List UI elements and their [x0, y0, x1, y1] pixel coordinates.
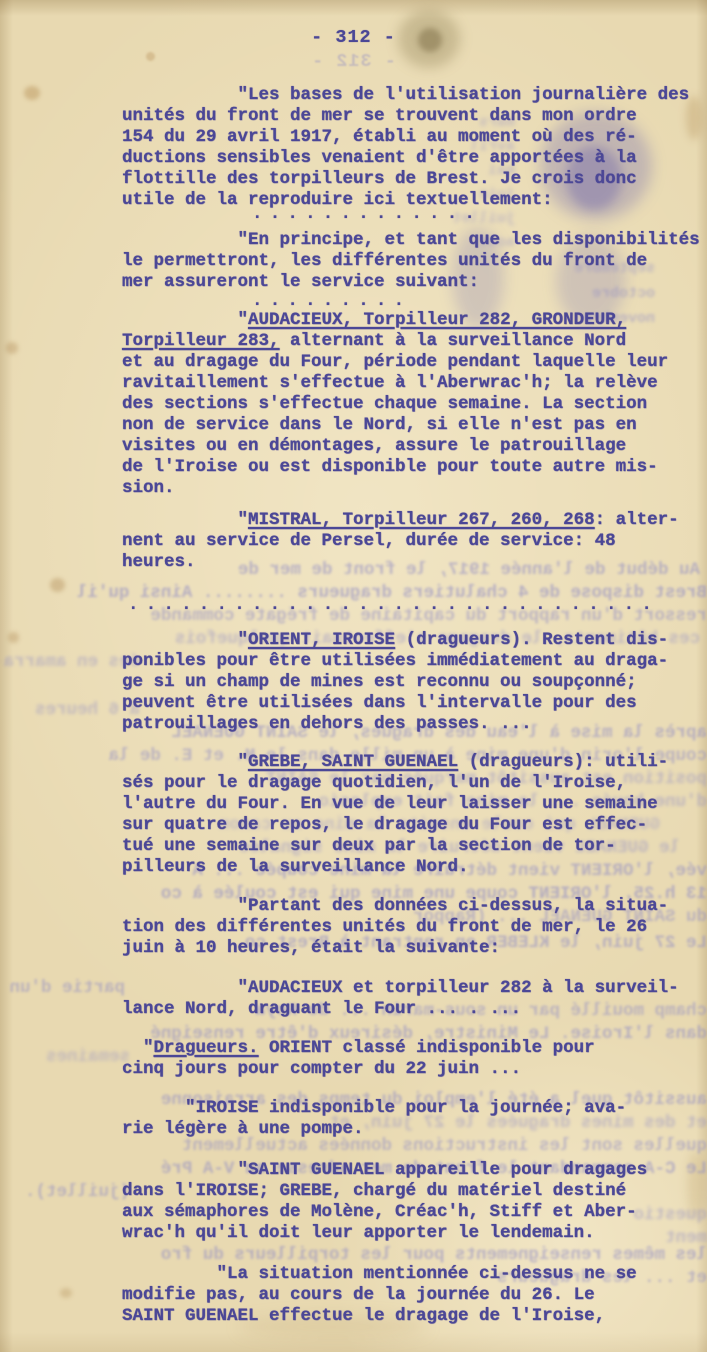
text-segment: "	[122, 310, 248, 330]
typewritten-line: dans l'IROISE; GREBE, chargé du matériel…	[122, 1181, 697, 1202]
typewritten-line: sion.	[122, 478, 697, 499]
text-segment: modifie pas, au cours de la journée du 2…	[122, 1285, 595, 1305]
text-segment: alternant à la surveillance Nord	[280, 331, 627, 351]
typewritten-line: tion des différentes unités du front de …	[122, 917, 697, 938]
text-segment: de l'Iroise ou est disponible pour toute…	[122, 457, 658, 477]
text-segment: des sections s'effectue chaque semaine. …	[122, 394, 647, 414]
text-segment: ponibles pour être utilisées immédiateme…	[122, 651, 668, 671]
typewritten-line: l'autre du Four. En vue de leur laisser …	[122, 794, 697, 815]
typewritten-line: lance Nord, draguant le Four ... . ...	[122, 999, 697, 1020]
paragraph: "AUDACIEUX, Torpilleur 282, GRONDEUR,Tor…	[122, 310, 697, 499]
typewritten-line: nent au service de Persel, durée de serv…	[122, 531, 697, 552]
text-segment: (dragueurs): utili-	[458, 752, 668, 772]
text-segment: et au dragage du Four, période pendant l…	[122, 352, 668, 372]
text-segment: peuvent être utilisées dans l'intervalle…	[122, 693, 637, 713]
typewritten-line: modifie pas, au cours de la journée du 2…	[122, 1285, 697, 1306]
typewritten-line: des sections s'effectue chaque semaine. …	[122, 394, 697, 415]
text-segment: "La situation mentionnée ci-dessus ne se	[122, 1264, 637, 1284]
typewritten-line: aux sémaphores de Molène, Créac'h, Stiff…	[122, 1202, 697, 1223]
typewritten-line: ponibles pour être utilisées immédiateme…	[122, 651, 697, 672]
typewritten-line: visites ou en démontages, assure le patr…	[122, 436, 697, 457]
typewritten-line: unités du front de mer se trouvent dans …	[122, 106, 697, 127]
typewritten-line: flottille des torpilleurs de Brest. Je c…	[122, 169, 697, 190]
text-segment: ductions sensibles venaient d'être appor…	[122, 148, 637, 168]
text-segment: lance Nord, draguant le Four ... . ...	[122, 999, 521, 1019]
typewritten-line: "AUDACIEUX et torpilleur 282 à la survei…	[122, 978, 697, 999]
typewritten-line: non de service dans le Nord, si elle n'e…	[122, 415, 697, 436]
paragraph: "MISTRAL, Torpilleur 267, 260, 268: alte…	[122, 510, 697, 573]
text-segment: ravitaillement s'effectue à l'Aberwrac'h…	[122, 373, 658, 393]
text-segment: heures.	[122, 552, 196, 572]
text-segment: pilleurs de la surveillance Nord.	[122, 857, 469, 877]
typewritten-line: patrouillages en dehors des passes. ...	[122, 714, 697, 735]
text-segment: flottille des torpilleurs de Brest. Je c…	[122, 169, 637, 189]
typewritten-line: ge si un champ de mines est reconnu ou s…	[122, 672, 697, 693]
typewritten-text-layer: - 312 - - 312 - "Les bases de l'utilisat…	[0, 0, 707, 1352]
typewritten-line: "En principe, et tant que les disponibil…	[122, 230, 697, 251]
paragraph: "AUDACIEUX et torpilleur 282 à la survei…	[122, 978, 697, 1020]
typewritten-line: sés pour le dragage quotidien, l'un de l…	[122, 773, 697, 794]
text-segment: 154 du 29 avril 1917, établi au moment o…	[122, 127, 637, 147]
text-segment: SAINT GUENAEL effectue le dragage de l'I…	[122, 1306, 605, 1326]
typewritten-line: "MISTRAL, Torpilleur 267, 260, 268: alte…	[122, 510, 697, 531]
text-segment: "IROISE indisponible pour la journée; av…	[122, 1098, 626, 1118]
text-segment: wrac'h qu'il doit leur apporter le lende…	[122, 1223, 595, 1243]
text-segment: "En principe, et tant que les disponibil…	[122, 230, 700, 250]
text-segment: visites ou en démontages, assure le patr…	[122, 436, 626, 456]
text-segment: tué une semaine sur deux par la section …	[122, 836, 616, 856]
paragraph: "IROISE indisponible pour la journée; av…	[122, 1098, 697, 1140]
typewritten-line: "La situation mentionnée ci-dessus ne se	[122, 1264, 697, 1285]
typewritten-line: mer assureront le service suivant:	[122, 272, 697, 293]
text-segment: "Les bases de l'utilisation journalière …	[122, 85, 689, 105]
text-segment: nent au service de Persel, durée de serv…	[122, 531, 616, 551]
underlined-ship-names: MISTRAL, Torpilleur 267, 260, 268	[248, 510, 595, 530]
text-segment: juin à 10 heures, était la suivante:	[122, 938, 500, 958]
paragraph: "Dragueurs. ORIENT classé indisponible p…	[122, 1038, 697, 1080]
typewritten-line: "IROISE indisponible pour la journée; av…	[122, 1098, 697, 1119]
page-number: - 312 -	[0, 27, 707, 49]
typewritten-line: Torpilleur 283, alternant à la surveilla…	[122, 331, 697, 352]
typewritten-line: "ORIENT, IROISE (dragueurs). Restent dis…	[122, 630, 697, 651]
paragraph: "SAINT GUENAEL appareille pour dragagesd…	[122, 1160, 697, 1244]
paragraph: "Partant des données ci-dessus, la situa…	[122, 896, 697, 959]
text-segment: cinq jours pour compter du 22 juin ...	[122, 1059, 521, 1079]
underlined-ship-names: ORIENT, IROISE	[248, 630, 395, 650]
paragraph: "Les bases de l'utilisation journalière …	[122, 85, 697, 211]
text-segment: l'autre du Four. En vue de leur laisser …	[122, 794, 658, 814]
typewritten-line: le permettront, les différentes unités d…	[122, 251, 697, 272]
text-segment: non de service dans le Nord, si elle n'e…	[122, 415, 637, 435]
text-segment: "	[122, 630, 248, 650]
underlined-ship-names: Dragueurs.	[154, 1038, 259, 1058]
text-segment: ORIENT classé indisponible pour	[259, 1038, 595, 1058]
text-segment: le permettront, les différentes unités d…	[122, 251, 647, 271]
text-segment: aux sémaphores de Molène, Créac'h, Stiff…	[122, 1202, 637, 1222]
typewritten-line: cinq jours pour compter du 22 juin ...	[122, 1059, 697, 1080]
typewritten-line: wrac'h qu'il doit leur apporter le lende…	[122, 1223, 697, 1244]
text-segment: "AUDACIEUX et torpilleur 282 à la survei…	[122, 978, 679, 998]
underlined-ship-names: Torpilleur 283,	[122, 331, 280, 351]
typewritten-line: juin à 10 heures, était la suivante:	[122, 938, 697, 959]
typewritten-line: pilleurs de la surveillance Nord.	[122, 857, 697, 878]
typewritten-line: "GREBE, SAINT GUENAEL (dragueurs): utili…	[122, 752, 697, 773]
text-segment: dans l'IROISE; GREBE, chargé du matériel…	[122, 1181, 626, 1201]
typewritten-line: "SAINT GUENAEL appareille pour dragages	[122, 1160, 697, 1181]
typewritten-line: peuvent être utilisées dans l'intervalle…	[122, 693, 697, 714]
text-segment: sion.	[122, 478, 175, 498]
text-segment: ge si un champ de mines est reconnu ou s…	[122, 672, 637, 692]
text-segment: tion des différentes unités du front de …	[122, 917, 647, 937]
typewritten-line: et au dragage du Four, période pendant l…	[122, 352, 697, 373]
typewritten-line: "AUDACIEUX, Torpilleur 282, GRONDEUR,	[122, 310, 697, 331]
dotted-separator: ..............................	[128, 597, 659, 614]
dotted-separator: .........	[252, 293, 411, 310]
text-segment: patrouillages en dehors des passes. ...	[122, 714, 532, 734]
typewritten-line: "Dragueurs. ORIENT classé indisponible p…	[122, 1038, 697, 1059]
scanned-document-page: marsavrilmaijuinjuilletaoûtseptembreocto…	[0, 0, 707, 1352]
text-segment: "SAINT GUENAEL appareille pour dragages	[122, 1160, 647, 1180]
text-segment: unités du front de mer se trouvent dans …	[122, 106, 637, 126]
text-segment: mer assureront le service suivant:	[122, 272, 479, 292]
typewritten-line: "Partant des données ci-dessus, la situa…	[122, 896, 697, 917]
typewritten-line: de l'Iroise ou est disponible pour toute…	[122, 457, 697, 478]
typewritten-line: sur quatre de repos, le dragage du Four …	[122, 815, 697, 836]
underlined-ship-names: AUDACIEUX, Torpilleur 282, GRONDEUR,	[248, 310, 626, 330]
typewritten-line: 154 du 29 avril 1917, établi au moment o…	[122, 127, 697, 148]
paragraph: "ORIENT, IROISE (dragueurs). Restent dis…	[122, 630, 697, 735]
text-segment: sés pour le dragage quotidien, l'un de l…	[122, 773, 626, 793]
typewritten-line: "Les bases de l'utilisation journalière …	[122, 85, 697, 106]
typewritten-line: ductions sensibles venaient d'être appor…	[122, 148, 697, 169]
text-segment: "	[122, 752, 248, 772]
paragraph: "La situation mentionnée ci-dessus ne se…	[122, 1264, 697, 1327]
text-segment: rie légère à une pompe.	[122, 1119, 364, 1139]
text-segment: sur quatre de repos, le dragage du Four …	[122, 815, 647, 835]
underlined-ship-names: GREBE, SAINT GUENAEL	[248, 752, 458, 772]
text-segment: "Partant des données ci-dessus, la situa…	[122, 896, 668, 916]
typewritten-line: tué une semaine sur deux par la section …	[122, 836, 697, 857]
paragraph: "En principe, et tant que les disponibil…	[122, 230, 697, 293]
text-segment: (dragueurs). Restent dis-	[395, 630, 668, 650]
paragraph: "GREBE, SAINT GUENAEL (dragueurs): utili…	[122, 752, 697, 878]
text-segment: "	[122, 1038, 154, 1058]
text-segment: : alter-	[595, 510, 679, 530]
typewritten-line: ravitaillement s'effectue à l'Aberwrac'h…	[122, 373, 697, 394]
text-segment: "	[122, 510, 248, 530]
typewritten-line: heures.	[122, 552, 697, 573]
typewritten-line: SAINT GUENAEL effectue le dragage de l'I…	[122, 1306, 697, 1327]
dotted-separator: .............	[252, 206, 482, 223]
typewritten-line: rie légère à une pompe.	[122, 1119, 697, 1140]
page-number-bleedthrough: - 312 -	[0, 51, 707, 73]
